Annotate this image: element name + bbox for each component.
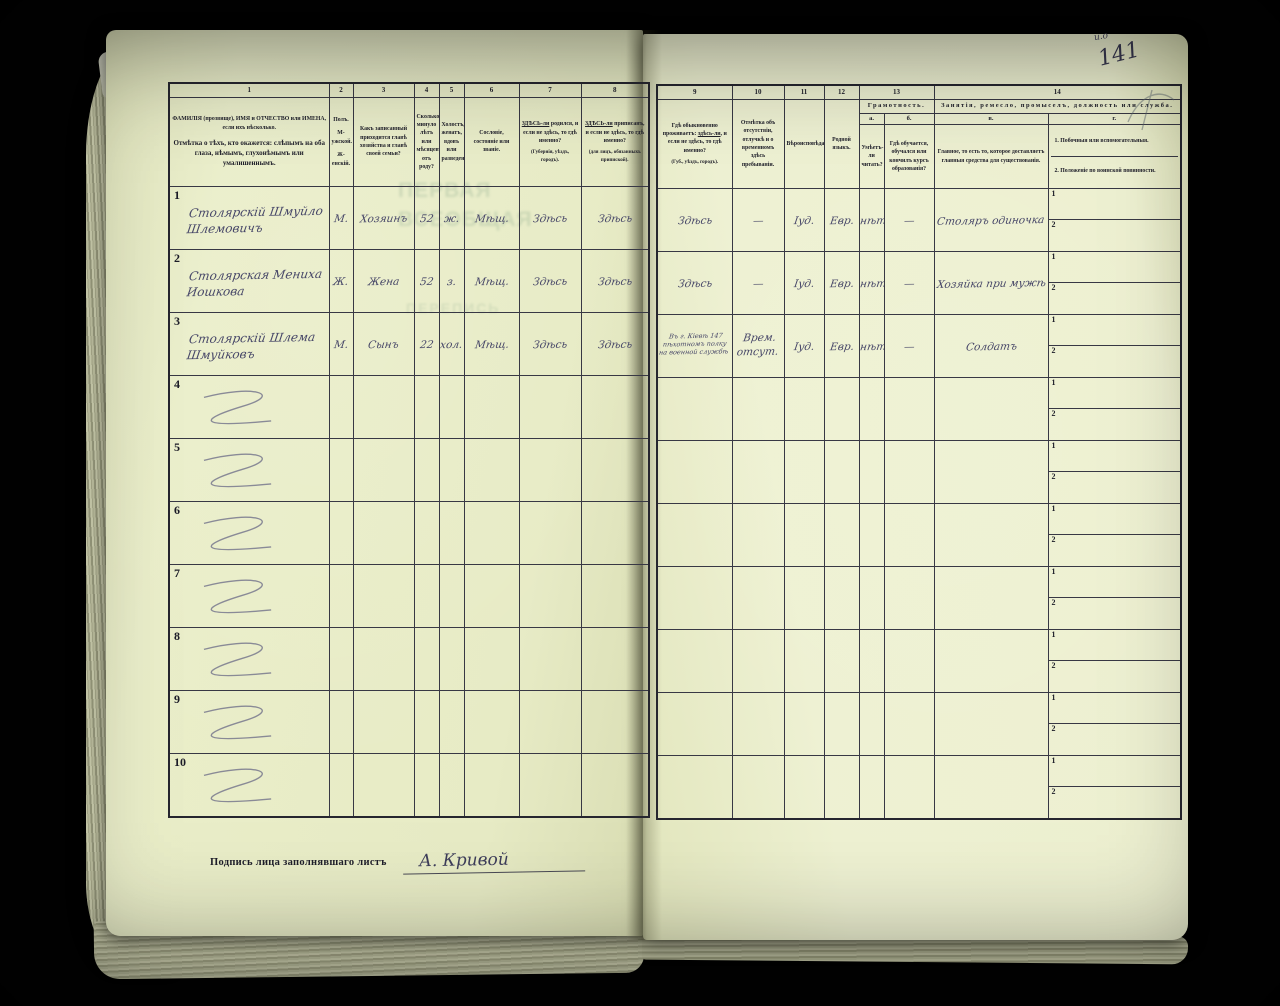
pencil-mark [1122, 84, 1180, 132]
col-header-registration: ЗДѢСЬ-ли приписанъ, и если не здѣсь, то … [581, 98, 649, 187]
table-cell [329, 628, 353, 691]
table-cell: — [884, 315, 934, 378]
record-row: 12 [657, 504, 1181, 567]
table-cell [884, 441, 934, 504]
table-cell [519, 502, 581, 565]
table-cell: Іуд. [784, 252, 824, 315]
table-cell [884, 378, 934, 441]
table-cell: Мѣщ. [464, 187, 519, 250]
table-cell: Іуд. [784, 189, 824, 252]
cancellation-squiggle [184, 640, 302, 686]
table-cell: 9 [169, 691, 329, 754]
table-cell [353, 691, 414, 754]
table-cell: 12 [1048, 504, 1181, 567]
table-cell [732, 630, 784, 693]
table-cell [884, 693, 934, 756]
table-cell [519, 439, 581, 502]
table-cell [353, 754, 414, 818]
col-num-12: 12 [824, 85, 859, 100]
table-cell: Здѣсь [657, 252, 732, 315]
handwritten-entry: Мѣщ. [474, 276, 510, 290]
handwritten-entry: Здѣсь [677, 278, 713, 292]
handwritten-entry: Іуд. [793, 278, 815, 292]
record-row: 4 [169, 376, 649, 439]
table-cell [784, 567, 824, 630]
table-cell [581, 691, 649, 754]
record-row: 5 [169, 439, 649, 502]
table-cell: Ж. [329, 250, 353, 313]
table-cell [824, 567, 859, 630]
sub-row-number: 2 [1052, 347, 1056, 355]
table-cell [581, 376, 649, 439]
table-cell [464, 376, 519, 439]
handwritten-entry: Врем. отсут. [732, 332, 784, 360]
table-cell [884, 756, 934, 820]
table-cell: Сынъ [353, 313, 414, 376]
handwritten-entry: хол. [439, 339, 463, 353]
table-cell: нѣтъ [859, 189, 884, 252]
record-row: 3Столярскій Шлема ШмуйковъМ.Сынъ22хол.Мѣ… [169, 313, 649, 376]
handwritten-entry: Здѣсь [532, 213, 568, 227]
table-cell [464, 628, 519, 691]
signature-label: Подпись лица заполнявшаго листъ [210, 857, 387, 868]
signature-handwritten: А. Кривой [403, 848, 585, 874]
table-cell [784, 756, 824, 820]
col-header-name: ФАМИЛІЯ (прозвище), ИМЯ и ОТЧЕСТВО или И… [169, 98, 329, 187]
table-cell: — [732, 252, 784, 315]
col-num-7: 7 [519, 83, 581, 98]
table-cell [414, 628, 439, 691]
col-header-relation: Какъ записанный приходится главѣ хозяйст… [353, 98, 414, 187]
col-num-11: 11 [784, 85, 824, 100]
handwritten-entry: Здѣсь [597, 213, 633, 227]
handwritten-entry: Солдатъ [965, 341, 1018, 356]
table-cell [934, 504, 1048, 567]
handwritten-entry: Евр. [829, 341, 855, 355]
handwritten-entry: Здѣсь [677, 215, 713, 229]
table-cell [859, 441, 884, 504]
table-cell [824, 693, 859, 756]
table-cell [824, 630, 859, 693]
handwritten-entry: Жена [367, 276, 400, 290]
table-cell [414, 376, 439, 439]
table-cell [414, 439, 439, 502]
table-cell: 12 [1048, 567, 1181, 630]
row-number: 1 [174, 189, 180, 201]
handwritten-entry: Хозяинъ [359, 213, 408, 227]
table-cell: М. [329, 313, 353, 376]
table-cell: 12 [1048, 630, 1181, 693]
handwritten-entry: нѣтъ [859, 215, 884, 229]
col-header-language: Родной языкъ. [824, 100, 859, 189]
table-cell [464, 439, 519, 502]
sub-row-number: 1 [1052, 253, 1056, 261]
sub-row-number: 2 [1052, 284, 1056, 292]
handwritten-entry: Евр. [829, 278, 855, 292]
col-header-education: Гдѣ обучается, обучался или кончилъ курс… [884, 125, 934, 189]
col-header-residence: Гдѣ обыкновенно проживаетъ: здѣсь-ли, и … [657, 100, 732, 189]
table-cell [464, 502, 519, 565]
signature-row: Подпись лица заполнявшаго листъ А. Криво… [210, 850, 585, 873]
table-cell: 12 [1048, 252, 1181, 315]
table-cell [824, 441, 859, 504]
handwritten-entry: Евр. [829, 215, 855, 229]
table-cell [519, 754, 581, 818]
table-cell [657, 504, 732, 567]
table-cell [859, 756, 884, 820]
sub-row-number: 1 [1052, 316, 1056, 324]
table-cell [519, 565, 581, 628]
record-row: 12 [657, 693, 1181, 756]
table-cell [859, 630, 884, 693]
table-cell [414, 691, 439, 754]
sub-row-number: 1 [1052, 568, 1056, 576]
record-row: 12 [657, 567, 1181, 630]
col-header-estate: Сословіе, состояніе или званіе. [464, 98, 519, 187]
table-cell: — [884, 189, 934, 252]
col-num-2: 2 [329, 83, 353, 98]
table-cell [657, 756, 732, 820]
handwritten-entry: Іуд. [793, 341, 815, 355]
handwritten-entry: Столяръ одиночка [936, 214, 1045, 230]
table-cell: Въ г. Кіевѣ 147 пѣхотномъ полку на военн… [657, 315, 732, 378]
col-num-6: 6 [464, 83, 519, 98]
table-cell: — [884, 252, 934, 315]
sub-row-number: 2 [1052, 662, 1056, 670]
table-cell: 2Столярская Мениха Иошкова [169, 250, 329, 313]
table-cell [581, 754, 649, 818]
col-header-side-occupation: 1. Побочныя или вспомогательныя. 2. Поло… [1048, 125, 1181, 189]
table-cell [824, 378, 859, 441]
table-cell: М. [329, 187, 353, 250]
table-cell: Здѣсь [519, 313, 581, 376]
sub-row-number: 2 [1052, 410, 1056, 418]
record-row: Здѣсь—Іуд.Евр.нѣтъ—Столяръ одиночка12 [657, 189, 1181, 252]
table-cell [732, 567, 784, 630]
table-cell: 3Столярскій Шлема Шмуйковъ [169, 313, 329, 376]
handwritten-entry: Столярскій Шлема Шмуйковъ [186, 330, 327, 364]
table-cell [934, 441, 1048, 504]
table-cell [329, 376, 353, 439]
handwritten-entry: Іуд. [793, 215, 815, 229]
handwritten-entry: Здѣсь [532, 276, 568, 290]
col-num-13: 13 [859, 85, 934, 100]
table-cell [414, 565, 439, 628]
group-headers-row: Гдѣ обыкновенно проживаетъ: здѣсь-ли, и … [657, 100, 1181, 114]
table-cell: 12 [1048, 441, 1181, 504]
record-row: 7 [169, 565, 649, 628]
table-cell [657, 567, 732, 630]
sub-row-number: 2 [1052, 221, 1056, 229]
table-cell [581, 502, 649, 565]
table-cell: Солдатъ [934, 315, 1048, 378]
table-cell [934, 630, 1048, 693]
table-cell [519, 376, 581, 439]
table-cell: ж. [439, 187, 464, 250]
table-cell: з. [439, 250, 464, 313]
table-cell: Евр. [824, 252, 859, 315]
row-number: 10 [174, 756, 186, 768]
handwritten-entry: М. [333, 213, 349, 227]
col-header-main-occupation: Главное, то есть то, которое доставляетъ… [934, 125, 1048, 189]
handwritten-entry: з. [446, 276, 457, 290]
table-cell: хол. [439, 313, 464, 376]
handwritten-entry: — [752, 215, 764, 229]
table-cell: 6 [169, 502, 329, 565]
table-cell [329, 439, 353, 502]
cancellation-squiggle [184, 514, 302, 560]
handwritten-entry: Здѣсь [597, 276, 633, 290]
table-cell [657, 441, 732, 504]
record-row: Въ г. Кіевѣ 147 пѣхотномъ полку на военн… [657, 315, 1181, 378]
table-cell [439, 376, 464, 439]
table-cell [439, 502, 464, 565]
sub-row-number: 1 [1052, 757, 1056, 765]
table-cell [464, 754, 519, 818]
table-cell [439, 754, 464, 818]
record-row: Здѣсь—Іуд.Евр.нѣтъ—Хозяйка при мужѣ12 [657, 252, 1181, 315]
census-table-left: 1 2 3 4 5 6 7 8 ФАМИЛІЯ (прозвище), ИМЯ … [168, 82, 650, 818]
cancellation-squiggle [184, 388, 302, 434]
record-row: 9 [169, 691, 649, 754]
table-cell: Здѣсь [519, 187, 581, 250]
table-cell: 12 [1048, 693, 1181, 756]
table-cell [934, 693, 1048, 756]
record-row: 12 [657, 756, 1181, 820]
handwritten-entry: Ж. [332, 276, 349, 290]
table-cell: 12 [1048, 378, 1181, 441]
table-cell [732, 441, 784, 504]
table-cell [353, 565, 414, 628]
col-num-9: 9 [657, 85, 732, 100]
cancellation-squiggle [184, 703, 302, 749]
table-cell [329, 754, 353, 818]
table-cell [732, 693, 784, 756]
sub-row-number: 1 [1052, 694, 1056, 702]
handwritten-entry: Здѣсь [532, 339, 568, 353]
col-header-reads: Умѣетъ-ли читать? [859, 125, 884, 189]
table-cell [934, 756, 1048, 820]
table-cell: 52 [414, 250, 439, 313]
table-cell [329, 502, 353, 565]
handwritten-entry: 52 [419, 213, 434, 227]
handwritten-entry: — [903, 278, 915, 292]
table-cell: 7 [169, 565, 329, 628]
table-cell: 12 [1048, 189, 1181, 252]
table-cell: Мѣщ. [464, 250, 519, 313]
group-header-literacy: Грамотность. [859, 100, 934, 114]
col-header-absence: Отмѣтка объ отсутствіи, отлучкѣ и о врем… [732, 100, 784, 189]
table-cell [859, 378, 884, 441]
sub-row-number: 1 [1052, 442, 1056, 450]
sub-row-number: 2 [1052, 725, 1056, 733]
col-header-birthplace: ЗДѢСЬ-ли родился, и если не здѣсь, то гд… [519, 98, 581, 187]
row-number: 8 [174, 630, 180, 642]
handwritten-entry: Сынъ [367, 339, 400, 353]
table-cell [824, 504, 859, 567]
table-cell [784, 504, 824, 567]
table-cell: Здѣсь [519, 250, 581, 313]
table-cell [439, 691, 464, 754]
record-row: 12 [657, 378, 1181, 441]
table-cell: Здѣсь [581, 187, 649, 250]
table-cell: Мѣщ. [464, 313, 519, 376]
table-cell: Здѣсь [657, 189, 732, 252]
handwritten-entry: нѣтъ [859, 278, 884, 292]
handwritten-entry: 22 [419, 339, 434, 353]
table-cell: Здѣсь [581, 250, 649, 313]
table-cell [784, 630, 824, 693]
table-cell [581, 565, 649, 628]
record-row: 12 [657, 441, 1181, 504]
col-header-sex: Полъ. М-ужской. Ж-енскій. [329, 98, 353, 187]
record-row: 1Столярскій Шмуйло ШлемовичъМ.Хозяинъ52ж… [169, 187, 649, 250]
row-number: 4 [174, 378, 180, 390]
record-row: 12 [657, 630, 1181, 693]
table-cell [581, 439, 649, 502]
table-cell [859, 504, 884, 567]
col-header-religion: Вѣроисповѣданіе. [784, 100, 824, 189]
table-cell [353, 628, 414, 691]
table-cell [329, 691, 353, 754]
table-cell [784, 693, 824, 756]
subcol-b: б. [884, 114, 934, 125]
handwritten-entry: Здѣсь [597, 339, 633, 353]
handwritten-entry: — [752, 278, 764, 292]
table-cell [519, 691, 581, 754]
column-numbers-row: 9 10 11 12 13 14 [657, 85, 1181, 100]
handwritten-entry: нѣтъ [859, 341, 884, 355]
record-row: 6 [169, 502, 649, 565]
column-headers-row: ФАМИЛІЯ (прозвище), ИМЯ и ОТЧЕСТВО или И… [169, 98, 649, 187]
table-cell: 12 [1048, 315, 1181, 378]
table-cell [464, 691, 519, 754]
sub-row-number: 2 [1052, 473, 1056, 481]
table-cell [934, 378, 1048, 441]
table-cell: 5 [169, 439, 329, 502]
handwritten-entry: 52 [419, 276, 434, 290]
table-cell [784, 441, 824, 504]
handwritten-entry: Въ г. Кіевѣ 147 пѣхотномъ полку на военн… [657, 332, 732, 358]
table-cell: Хозяинъ [353, 187, 414, 250]
col-num-1: 1 [169, 83, 329, 98]
subcol-v: в. [934, 114, 1048, 125]
row-number: 3 [174, 315, 180, 327]
handwritten-entry: — [903, 341, 915, 355]
row-number: 7 [174, 567, 180, 579]
sub-row-number: 2 [1052, 599, 1056, 607]
table-cell: Здѣсь [581, 313, 649, 376]
table-cell [353, 376, 414, 439]
handwritten-entry: — [903, 215, 915, 229]
sub-row-number: 2 [1052, 788, 1056, 796]
col-num-4: 4 [414, 83, 439, 98]
table-cell [353, 439, 414, 502]
table-cell: 10 [169, 754, 329, 818]
table-cell [353, 502, 414, 565]
handwritten-entry: Столярскій Шмуйло Шлемовичъ [186, 204, 327, 238]
subcol-a: а. [859, 114, 884, 125]
col-num-10: 10 [732, 85, 784, 100]
table-cell [859, 567, 884, 630]
table-cell [414, 754, 439, 818]
table-cell [519, 628, 581, 691]
handwritten-entry: Мѣщ. [474, 213, 510, 227]
table-cell [657, 630, 732, 693]
table-cell [732, 378, 784, 441]
record-row: 10 [169, 754, 649, 818]
sub-row-number: 2 [1052, 536, 1056, 544]
table-cell [439, 439, 464, 502]
table-cell [329, 565, 353, 628]
census-table-right: 9 10 11 12 13 14 Гдѣ обыкновенно прожива… [656, 84, 1182, 820]
handwritten-entry: М. [333, 339, 349, 353]
table-cell [439, 565, 464, 628]
row-number: 5 [174, 441, 180, 453]
table-cell [824, 756, 859, 820]
handwritten-entry: Хозяйка при мужѣ [936, 277, 1047, 293]
handwritten-entry: Мѣщ. [474, 339, 510, 353]
table-cell: Іуд. [784, 315, 824, 378]
table-cell: Врем. отсут. [732, 315, 784, 378]
table-cell: 12 [1048, 756, 1181, 820]
table-cell: нѣтъ [859, 315, 884, 378]
row-number: 9 [174, 693, 180, 705]
table-cell [884, 630, 934, 693]
col-num-5: 5 [439, 83, 464, 98]
table-cell [414, 502, 439, 565]
col-num-3: 3 [353, 83, 414, 98]
sub-row-number: 1 [1052, 379, 1056, 387]
row-number: 2 [174, 252, 180, 264]
table-cell: 8 [169, 628, 329, 691]
table-cell: 4 [169, 376, 329, 439]
cancellation-squiggle [184, 766, 302, 812]
table-cell [464, 565, 519, 628]
table-cell: Евр. [824, 315, 859, 378]
row-number: 6 [174, 504, 180, 516]
cancellation-squiggle [184, 577, 302, 623]
table-cell [657, 693, 732, 756]
table-cell [859, 693, 884, 756]
cancellation-squiggle [184, 451, 302, 497]
sub-row-number: 1 [1052, 190, 1056, 198]
table-cell: Хозяйка при мужѣ [934, 252, 1048, 315]
table-cell: — [732, 189, 784, 252]
table-cell: 52 [414, 187, 439, 250]
table-cell [732, 756, 784, 820]
table-cell: нѣтъ [859, 252, 884, 315]
handwritten-entry: ж. [443, 213, 460, 227]
column-numbers-row: 1 2 3 4 5 6 7 8 [169, 83, 649, 98]
table-cell [439, 628, 464, 691]
table-cell: 22 [414, 313, 439, 376]
table-cell: Жена [353, 250, 414, 313]
sub-row-number: 1 [1052, 505, 1056, 513]
table-cell [581, 628, 649, 691]
col-num-8: 8 [581, 83, 649, 98]
col-header-marital: Холостъ, женатъ, вдовъ или разведенъ. [439, 98, 464, 187]
col-header-age: Сколько минуло лѣтъ или мѣсяцевъ отъ род… [414, 98, 439, 187]
photo-background: ПЕРВАЯ ВСЕОБЩАЯ ПЕРЕПИСЬ и.о 141 1 2 3 4… [0, 0, 1280, 1006]
table-cell: 1Столярскій Шмуйло Шлемовичъ [169, 187, 329, 250]
table-cell: Столяръ одиночка [934, 189, 1048, 252]
table-cell: Евр. [824, 189, 859, 252]
record-row: 2Столярская Мениха ИошковаЖ.Жена52з.Мѣщ.… [169, 250, 649, 313]
handwritten-entry: Столярская Мениха Иошкова [186, 267, 327, 301]
table-cell [784, 378, 824, 441]
table-cell [884, 504, 934, 567]
